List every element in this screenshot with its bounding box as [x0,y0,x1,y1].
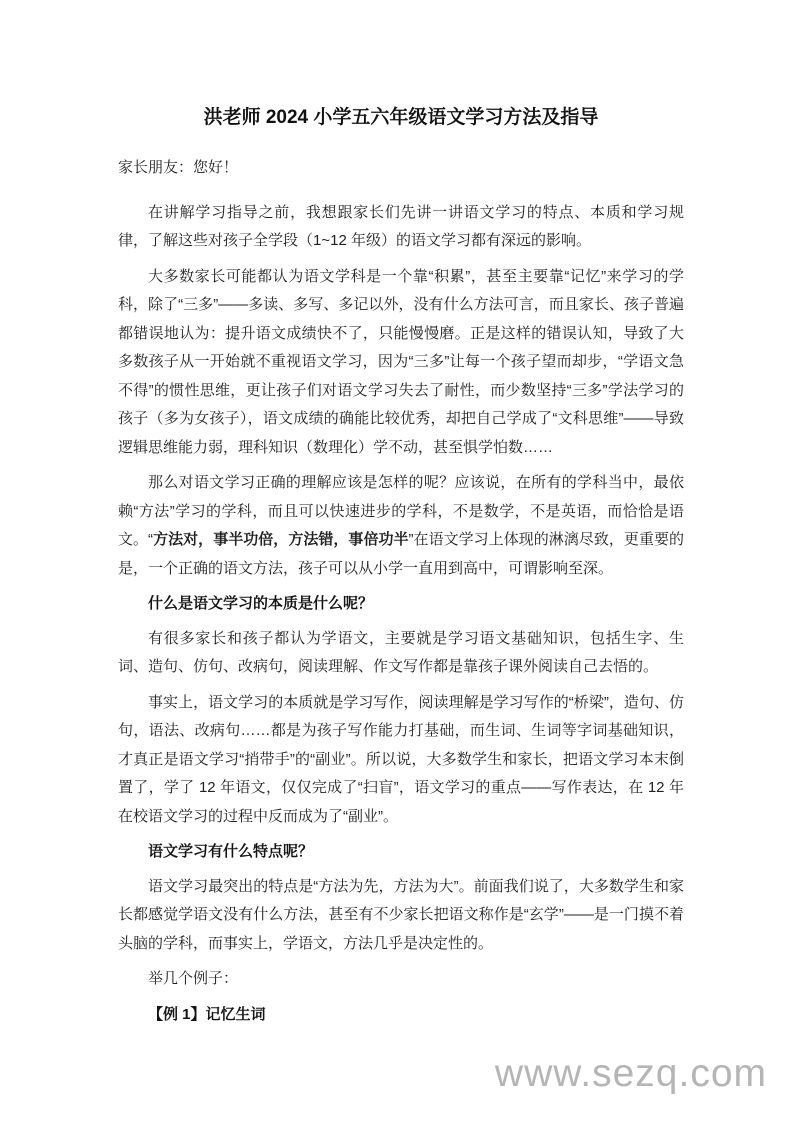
paragraph: 大多数家长可能都认为语文学科是一个靠“积累”，甚至主要靠“记忆”来学习的学科，除… [118,263,684,463]
paragraph: 事实上，语文学习的本质就是学习写作，阅读理解是学习写作的“桥梁”，造句、仿句，语… [118,689,684,832]
greeting: 家长朋友：您好！ [118,154,684,183]
text-run: 【例 1】记忆生词 [148,1006,266,1023]
text-run: 有很多家长和孩子都认为学语文，主要就是学习语文基础知识，包括生字、生词、造句、仿… [118,630,684,676]
paragraph: 有很多家长和孩子都认为学语文，主要就是学习语文基础知识，包括生字、生词、造句、仿… [118,625,684,682]
example-heading: 【例 1】记忆生词 [118,1001,684,1030]
paragraph: 语文学习最突出的特点是“方法为先，方法为大”。前面我们说了，大多数学生和家长都感… [118,873,684,959]
paragraph: 在讲解学习指导之前，我想跟家长们先讲一讲语文学习的特点、本质和学习规律，了解这些… [118,199,684,256]
text-run: 什么是语文学习的本质是什么呢？ [148,595,373,612]
document-page: 洪老师 2024 小学五六年级语文学习方法及指导 家长朋友：您好！在讲解学习指导… [0,0,800,1131]
section-heading: 语文学习有什么特点呢？ [118,838,684,867]
emphasized-text: 方法对，事半功倍，方法错，事倍功半 [153,531,408,548]
text-run: 家长朋友：您好！ [118,159,238,176]
text-run: 事实上，语文学习的本质就是学习写作，阅读理解是学习写作的“桥梁”，造句、仿句，语… [118,694,684,825]
text-run: 语文学习最突出的特点是“方法为先，方法为大”。前面我们说了，大多数学生和家长都感… [118,878,684,952]
paragraph: 举几个例子： [118,965,684,994]
section-heading: 什么是语文学习的本质是什么呢？ [118,590,684,619]
text-run: 在讲解学习指导之前，我想跟家长们先讲一讲语文学习的特点、本质和学习规律，了解这些… [118,204,684,250]
paragraph: 那么对语文学习正确的理解应该是怎样的呢？应该说，在所有的学科当中，最依赖“方法”… [118,469,684,583]
text-run: 举几个例子： [148,970,238,987]
text-run: 语文学习有什么特点呢？ [148,843,313,860]
watermark: www.sezq.com [495,1052,767,1096]
document-body: 家长朋友：您好！在讲解学习指导之前，我想跟家长们先讲一讲语文学习的特点、本质和学… [118,154,684,1029]
text-run: 大多数家长可能都认为语文学科是一个靠“积累”，甚至主要靠“记忆”来学习的学科，除… [118,268,684,456]
document-content: 洪老师 2024 小学五六年级语文学习方法及指导 家长朋友：您好！在讲解学习指导… [118,103,684,1036]
doc-title: 洪老师 2024 小学五六年级语文学习方法及指导 [118,103,684,133]
